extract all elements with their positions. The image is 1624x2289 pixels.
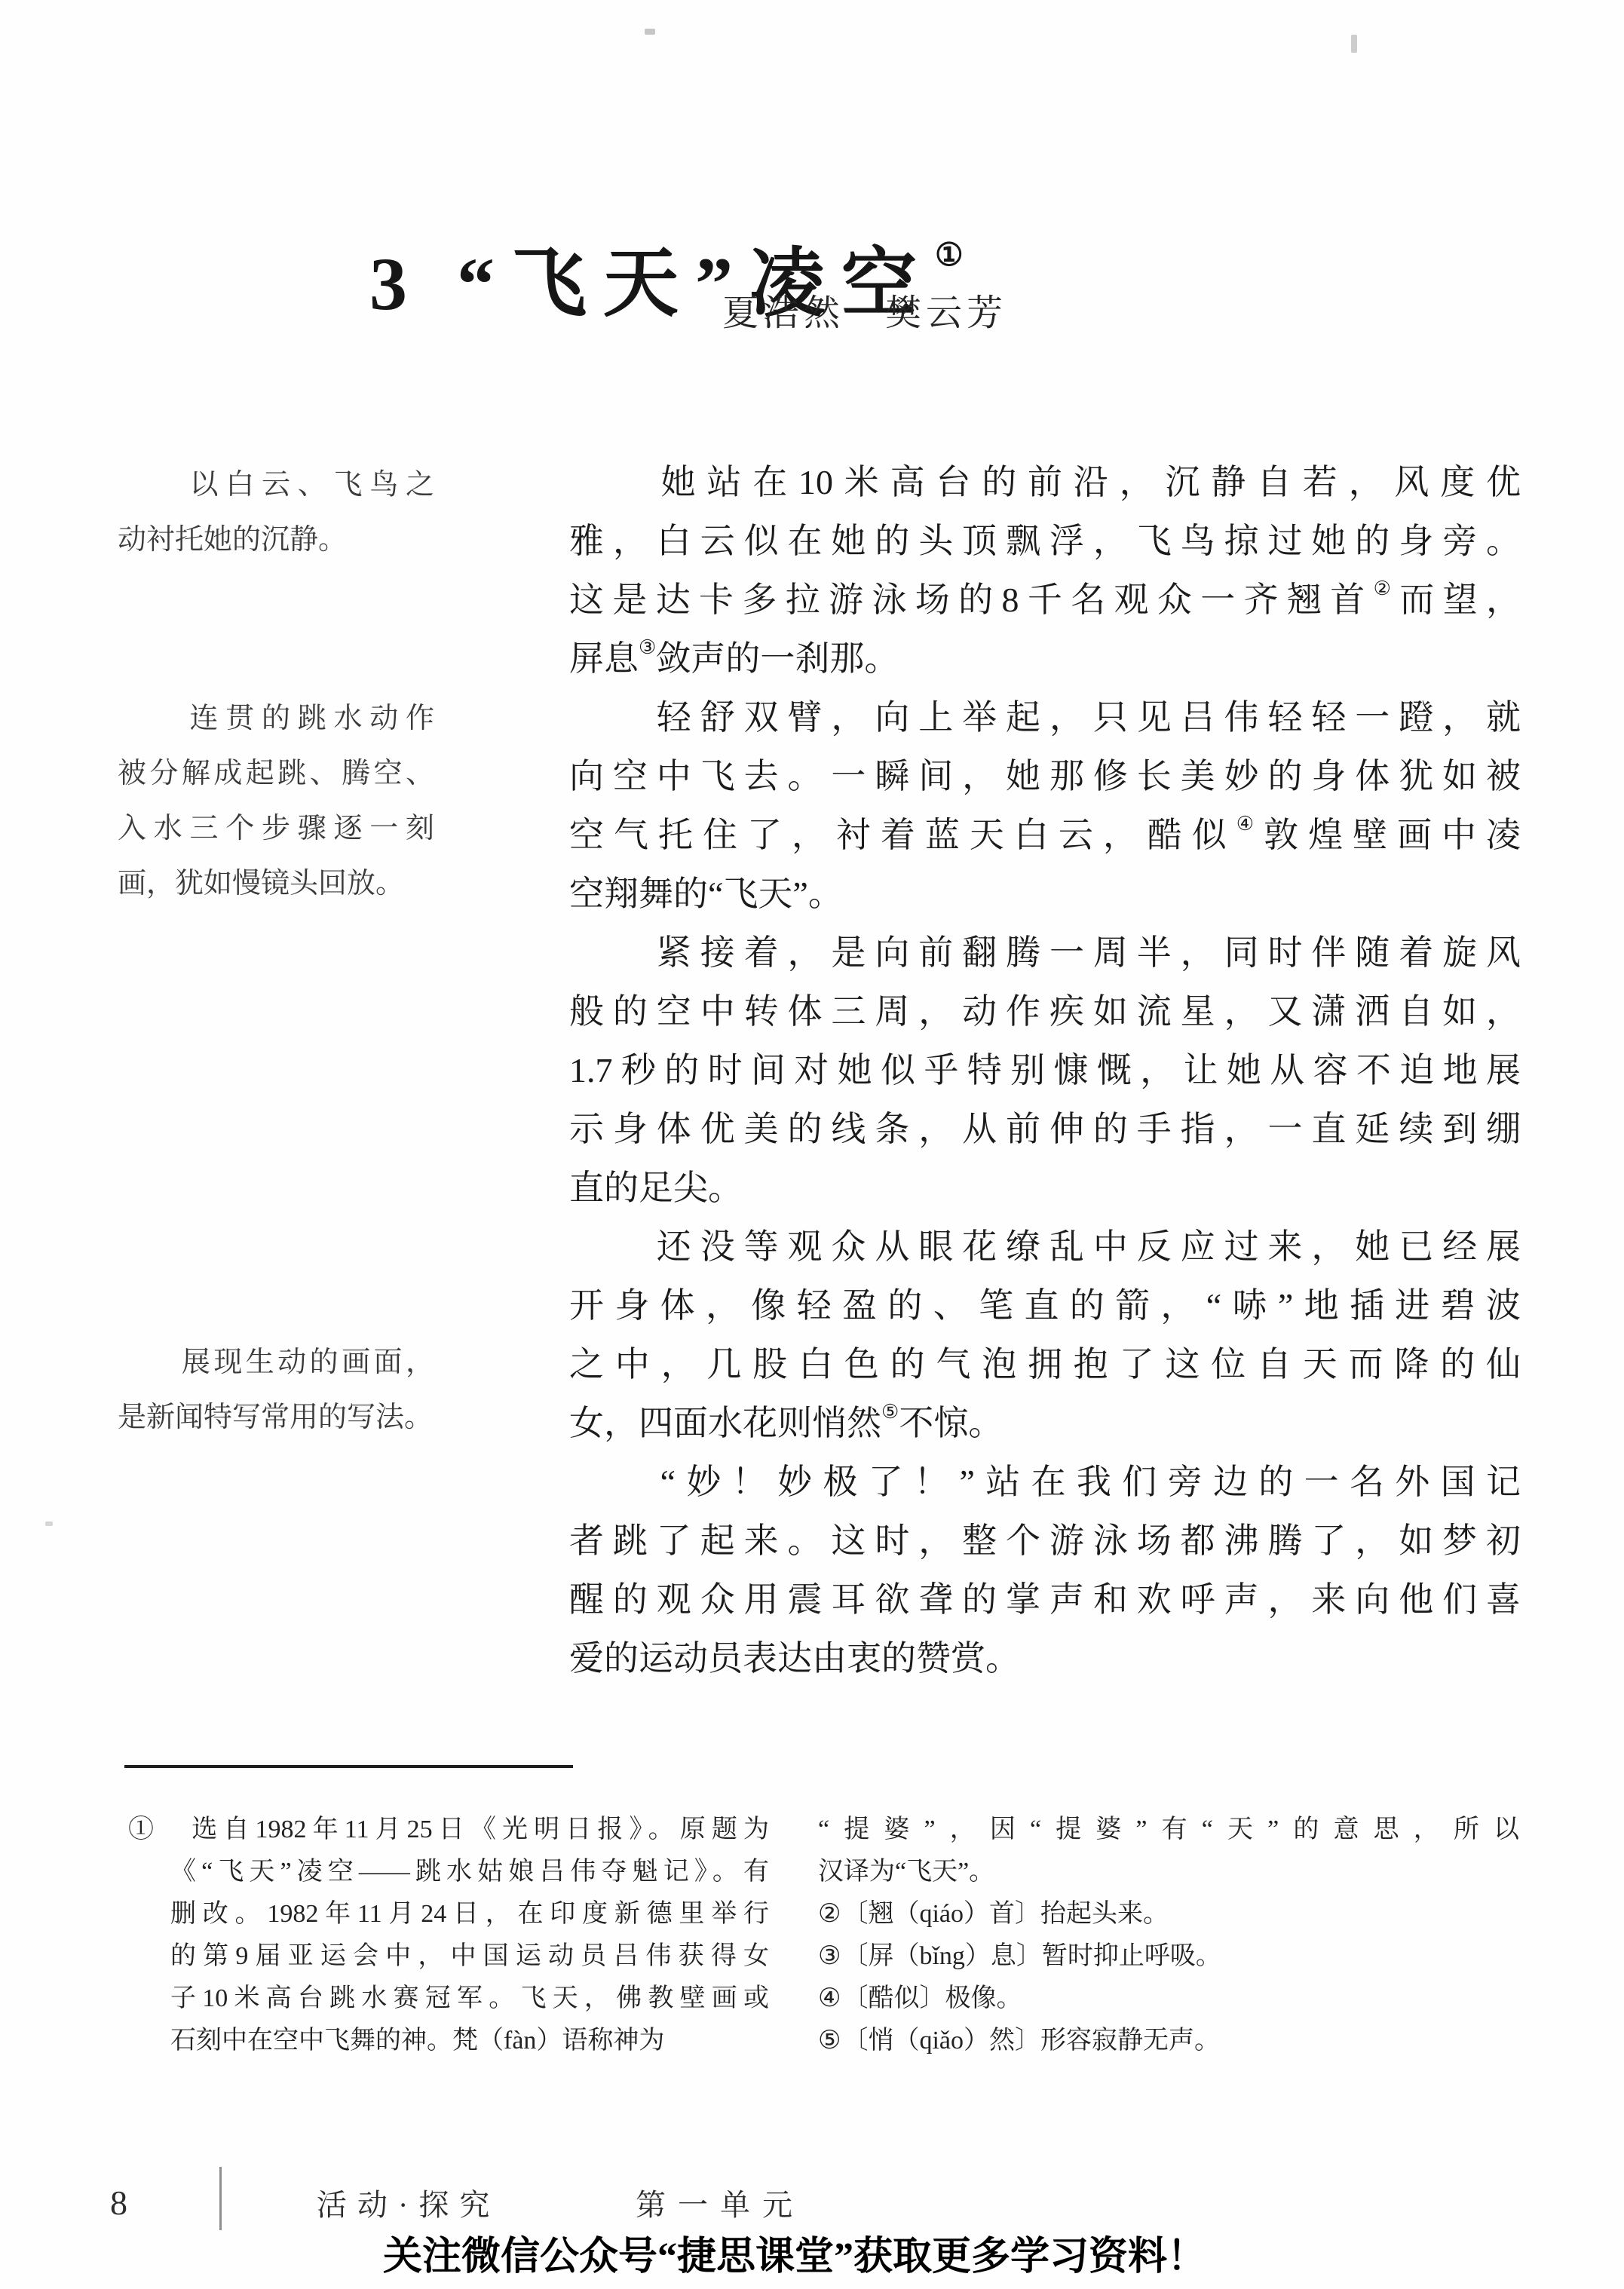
watermark-text: 关注微信公众号“捷思课堂”获取更多学习资料！ (383, 2233, 1206, 2281)
title-footnote-ref: ① (935, 238, 964, 273)
footnote-text: 〔酷似〕极像。 (842, 1984, 1022, 2012)
margin-note-2: 连贯的跳水动作被分解成起跳、腾空、入水三个步骤逐一刻画，犹如慢镜头回放。 (118, 691, 434, 912)
footnote-left-column: ① 选自1982年11月25日《光明日报》。原题为《“飞天”凌空——跳水姑娘吕伟… (128, 1809, 769, 2062)
scan-speck (45, 1521, 53, 1526)
paragraph-4: 还没等观众从眼花缭乱中反应过来，她已经展开身体，像轻盈的、笔直的箭，“哧”地插进… (569, 1218, 1521, 1453)
body-text-column: 她站在10米高台的前沿，沉静自若，风度优雅，白云似在她的头顶飘浮，飞鸟掠过她的身… (569, 453, 1521, 1688)
margin-note-3: 展现生动的画面，是新闻特写常用的写法。 (118, 1335, 434, 1445)
scan-speck (1351, 35, 1357, 53)
footnote-right-column: “提婆”，因“提婆”有“天”的意思，所以汉译为“飞天”。 ②〔翘（qiáo）首〕… (818, 1809, 1519, 2062)
footnote-marker: ② (818, 1900, 841, 1928)
paragraph-2: 轻舒双臂，向上举起，只见吕伟轻轻一蹬，就向空中飞去。一瞬间，她那修长美妙的身体犹… (569, 688, 1521, 924)
footnote-item-4: ④〔酷似〕极像。 (818, 1978, 1519, 2020)
page-number: 8 (110, 2185, 127, 2221)
paragraph-3: 紧接着，是向前翻腾一周半，同时伴随着旋风般的空中转体三周，动作疾如流星，又潇洒自… (569, 924, 1521, 1218)
textbook-page: 3“飞天”凌空① 夏浩然 樊云芳 以白云、飞鸟之动衬托她的沉静。 连贯的跳水动作… (0, 0, 1624, 2289)
authors: 夏浩然 樊云芳 (722, 291, 1007, 336)
footnote-item-2: ②〔翘（qiáo）首〕抬起头来。 (818, 1893, 1519, 1935)
margin-note-1: 以白云、飞鸟之动衬托她的沉静。 (118, 458, 434, 568)
scan-speck (645, 29, 655, 35)
footnote-marker: ④ (818, 1984, 841, 2012)
lesson-number: 3 (369, 242, 407, 326)
paragraph-1: 她站在10米高台的前沿，沉静自若，风度优雅，白云似在她的头顶飘浮，飞鸟掠过她的身… (569, 453, 1521, 688)
footnote-marker: ③ (818, 1942, 841, 1970)
footnote-item-5: ⑤〔悄（qiǎo）然〕形容寂静无声。 (818, 2020, 1519, 2062)
footnote-1-continuation: “提婆”，因“提婆”有“天”的意思，所以汉译为“飞天”。 (818, 1809, 1519, 1893)
footnote-divider-rule (124, 1765, 573, 1768)
footer-section-label: 活动·探究 (317, 2189, 500, 2222)
paragraph-5: “妙！妙极了！”站在我们旁边的一名外国记者跳了起来。这时，整个游泳场都沸腾了，如… (569, 1453, 1521, 1688)
footer-vertical-rule (219, 2167, 222, 2230)
footnote-text: 〔翘（qiáo）首〕抬起头来。 (842, 1900, 1169, 1928)
footnote-text: 〔屏（bǐng）息〕暂时抑止呼吸。 (842, 1942, 1221, 1970)
footnote-marker: ⑤ (818, 2027, 841, 2055)
footnote-text: 〔悄（qiǎo）然〕形容寂静无声。 (842, 2027, 1220, 2055)
footnote-item-3: ③〔屏（bǐng）息〕暂时抑止呼吸。 (818, 1935, 1519, 1978)
footer-unit-label: 第一单元 (636, 2189, 804, 2222)
